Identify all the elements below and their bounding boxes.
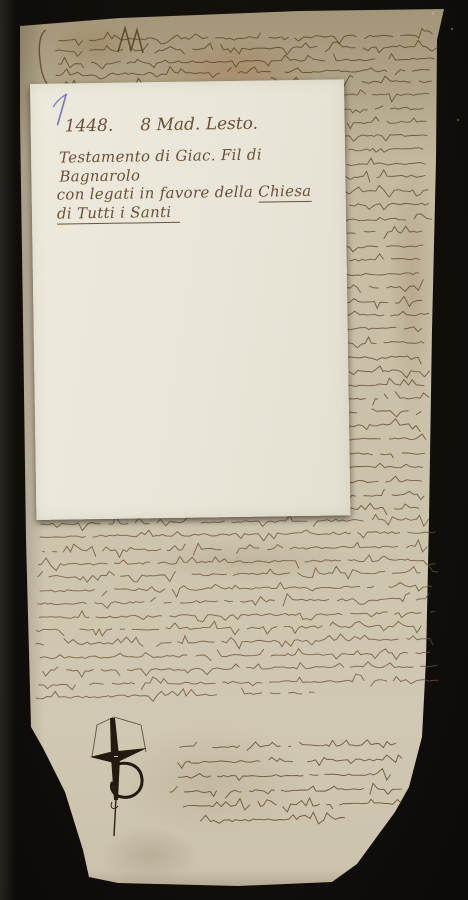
note-year: 1448.: [64, 116, 113, 137]
archival-note-slip: 1448.8 Mad. Lesto. Testamento di Giac. F…: [30, 79, 350, 520]
note-description: Testamento di Giac. Fil di Bagnarolo con…: [56, 144, 346, 222]
dust-speck: [451, 28, 453, 30]
underlined-word: Chiesa: [258, 182, 312, 203]
underlined-phrase: di Tutti i Santi: [57, 202, 180, 224]
note-line-2: Testamento di Giac. Fil di Bagnarolo: [59, 144, 346, 185]
note-line-4: di Tutti i Santi: [57, 200, 346, 223]
scanned-document-photo: 1448.8 Mad. Lesto. Testamento di Giac. F…: [0, 0, 468, 900]
note-line-3: con legati in favore della Chiesa: [57, 181, 346, 204]
note-date: 8 Mad. Lesto.: [140, 114, 258, 136]
dust-speck: [457, 119, 459, 121]
note-dateline: 1448.8 Mad. Lesto.: [64, 114, 258, 137]
